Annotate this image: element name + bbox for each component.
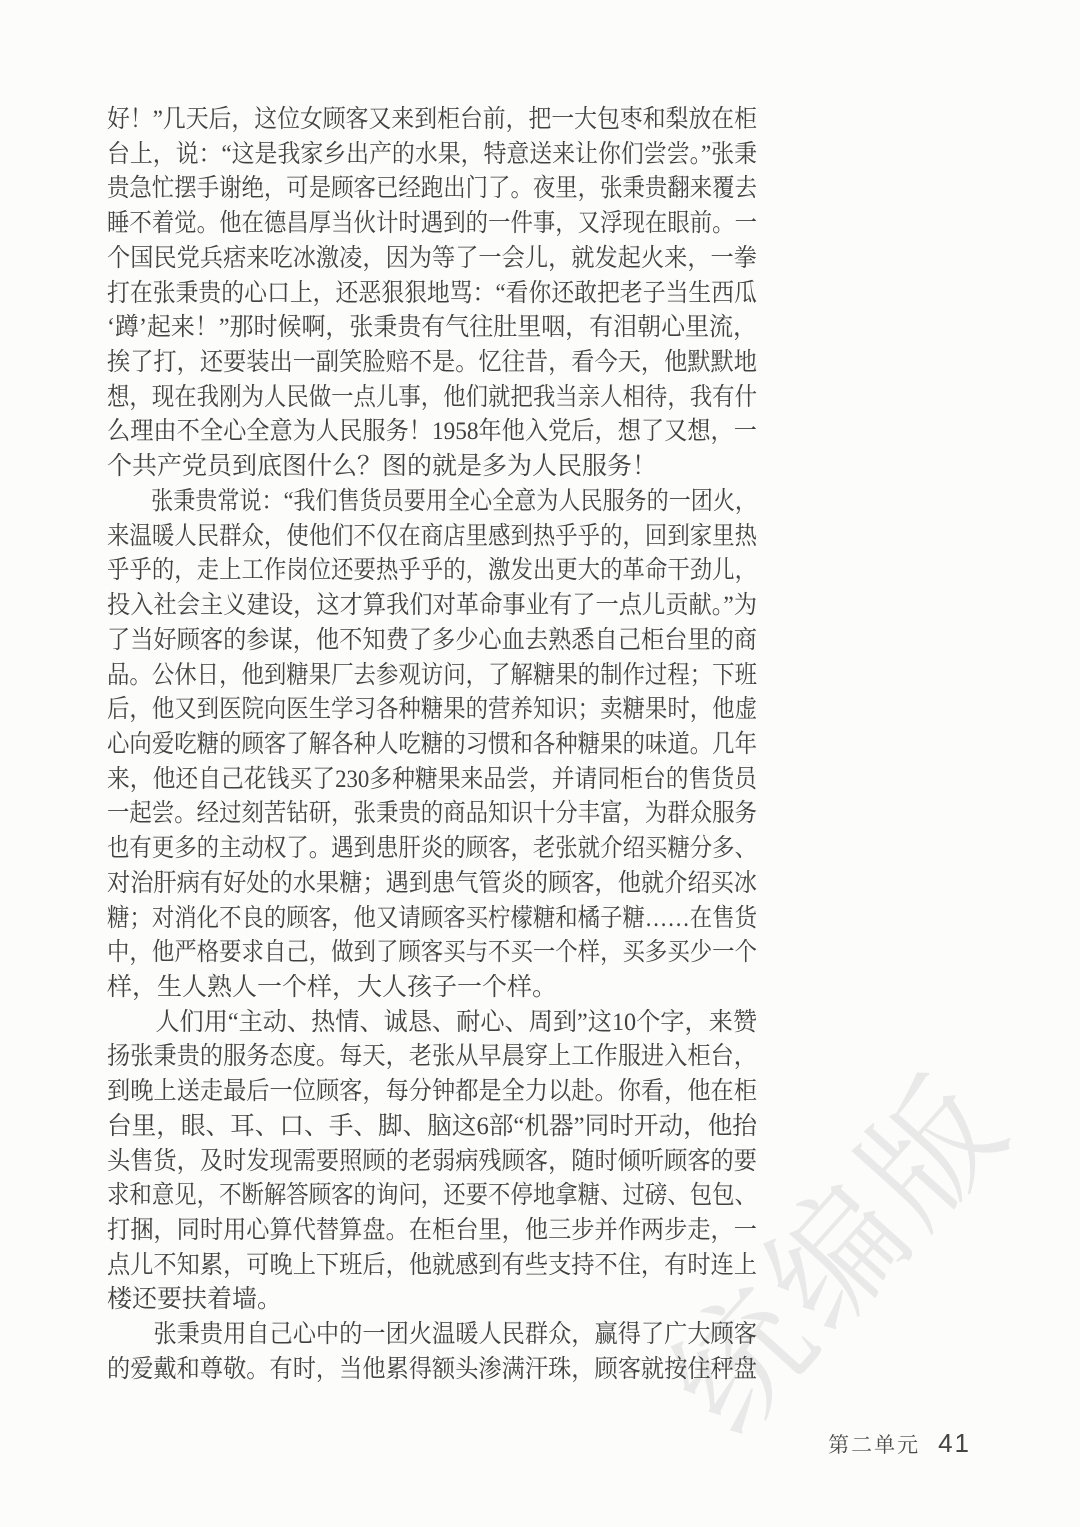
text-line: 样，生人熟人一个样，大人孩子一个样。 — [107, 971, 757, 1006]
text-line-content: 中，他严格要求自己，做到了顾客买与不买一个样，买多买少一个 — [107, 936, 757, 971]
text-line-content: 么理由不全心全意为人民服务！1958年他入党后，想了又想，一 — [107, 415, 757, 450]
text-line: 么理由不全心全意为人民服务！1958年他入党后，想了又想，一 — [107, 415, 757, 450]
text-line: 了当好顾客的参谋，他不知费了多少心血去熟悉自己柜台里的商 — [107, 624, 757, 659]
text-line: 想，现在我刚为人民做一点儿事，他们就把我当亲人相待，我有什 — [107, 381, 757, 416]
text-line: 点儿不知累，可晚上下班后，他就感到有些支持不住，有时连上 — [107, 1249, 757, 1284]
text-line-content: 台里，眼、耳、口、手、脚、脑这6部“机器”同时开动，他抬 — [107, 1110, 757, 1145]
text-line: 品。公休日，他到糖果厂去参观访问，了解糖果的制作过程；下班 — [107, 659, 757, 694]
text-line-content: 投入社会主义建设，这才算我们对革命事业有了一点儿贡献。”为 — [107, 589, 757, 624]
text-line-content: 扬张秉贵的服务态度。每天，老张从早晨穿上工作服进入柜台， — [107, 1040, 757, 1075]
text-line-content: 个国民党兵痞来吃冰激凌，因为等了一会儿，就发起火来，一拳 — [107, 242, 757, 277]
text-line-content: 好！”几天后，这位女顾客又来到柜台前，把一大包枣和梨放在柜 — [107, 103, 757, 138]
text-line-content: 贵急忙摆手谢绝，可是顾客已经跑出门了。夜里，张秉贵翻来覆去 — [107, 172, 757, 207]
body-text-column: 好！”几天后，这位女顾客又来到柜台前，把一大包枣和梨放在柜台上，说：“这是我家乡… — [107, 103, 757, 1388]
text-line-content: 乎乎的，走上工作岗位还要热乎乎的，激发出更大的革命干劲儿， — [107, 554, 757, 589]
text-line: 求和意见，不断解答顾客的询问，还要不停地拿糖、过磅、包包、 — [107, 1179, 757, 1214]
text-line: 来，他还自己花钱买了230多种糖果来品尝，并请同柜台的售货员 — [107, 763, 757, 798]
text-line: 对治肝病有好处的水果糖；遇到患气管炎的顾客，他就介绍买冰 — [107, 867, 757, 902]
text-line: 好！”几天后，这位女顾客又来到柜台前，把一大包枣和梨放在柜 — [107, 103, 757, 138]
text-line-content: 楼还要扶着墙。 — [107, 1283, 282, 1318]
text-line-content: 打捆，同时用心算代替算盘。在柜台里，他三步并作两步走，一 — [107, 1214, 757, 1249]
text-line: 心向爱吃糖的顾客了解各种人吃糖的习惯和各种糖果的味道。几年 — [107, 728, 757, 763]
text-line: 台上，说：“这是我家乡出产的水果，特意送来让你们尝尝。”张秉 — [107, 138, 757, 173]
text-line: 挨了打，还要装出一副笑脸赔不是。忆往昔，看今天，他默默地 — [107, 346, 757, 381]
text-line: 贵急忙摆手谢绝，可是顾客已经跑出门了。夜里，张秉贵翻来覆去 — [107, 172, 757, 207]
text-line: 楼还要扶着墙。 — [107, 1283, 757, 1318]
text-line-content: 点儿不知累，可晚上下班后，他就感到有些支持不住，有时连上 — [107, 1249, 757, 1284]
text-line: 台里，眼、耳、口、手、脚、脑这6部“机器”同时开动，他抬 — [107, 1110, 757, 1145]
text-line-content: 品。公休日，他到糖果厂去参观访问，了解糖果的制作过程；下班 — [107, 659, 757, 694]
text-line: 的爱戴和尊敬。有时，当他累得额头渗满汗珠，顾客就按住秤盘 — [107, 1353, 757, 1388]
text-line: 到晚上送走最后一位顾客，每分钟都是全力以赴。你看，他在柜 — [107, 1075, 757, 1110]
text-line-content: 挨了打，还要装出一副笑脸赔不是。忆往昔，看今天，他默默地 — [107, 346, 757, 381]
textbook-page: 统编版 好！”几天后，这位女顾客又来到柜台前，把一大包枣和梨放在柜台上，说：“这… — [0, 0, 1080, 1527]
text-line: 张秉贵用自己心中的一团火温暖人民群众，赢得了广大顾客 — [107, 1318, 757, 1353]
text-line-content: 对治肝病有好处的水果糖；遇到患气管炎的顾客，他就介绍买冰 — [107, 867, 757, 902]
text-line-content: 糖；对消化不良的顾客，他又请顾客买柠檬糖和橘子糖……在售货 — [107, 902, 757, 937]
text-line: 来温暖人民群众，使他们不仅在商店里感到热乎乎的，回到家里热 — [107, 520, 757, 555]
text-line-content: 台上，说：“这是我家乡出产的水果，特意送来让你们尝尝。”张秉 — [107, 138, 757, 173]
page-footer: 第二单元 41 — [828, 1428, 971, 1459]
page-number: 41 — [938, 1428, 971, 1459]
text-line-content: 张秉贵用自己心中的一团火温暖人民群众，赢得了广大顾客 — [107, 1318, 757, 1353]
text-line-content: 睡不着觉。他在德昌厚当伙计时遇到的一件事，又浮现在眼前。一 — [107, 207, 757, 242]
text-line: 糖；对消化不良的顾客，他又请顾客买柠檬糖和橘子糖……在售货 — [107, 902, 757, 937]
text-line: ‘蹲’起来！”那时候啊，张秉贵有气往肚里咽，有泪朝心里流， — [107, 311, 757, 346]
text-line-content: 头售货，及时发现需要照顾的老弱病残顾客，随时倾听顾客的要 — [107, 1145, 757, 1180]
text-line: 乎乎的，走上工作岗位还要热乎乎的，激发出更大的革命干劲儿， — [107, 554, 757, 589]
text-line: 后，他又到医院向医生学习各种糖果的营养知识；卖糖果时，他虚 — [107, 693, 757, 728]
text-line-content: 张秉贵常说：“我们售货员要用全心全意为人民服务的一团火， — [107, 485, 757, 520]
text-line: 投入社会主义建设，这才算我们对革命事业有了一点儿贡献。”为 — [107, 589, 757, 624]
text-line: 人们用“主动、热情、诚恳、耐心、周到”这10个字，来赞 — [107, 1006, 757, 1041]
text-line-content: 想，现在我刚为人民做一点儿事，他们就把我当亲人相待，我有什 — [107, 381, 757, 416]
text-line: 个国民党兵痞来吃冰激凌，因为等了一会儿，就发起火来，一拳 — [107, 242, 757, 277]
text-line-content: 的爱戴和尊敬。有时，当他累得额头渗满汗珠，顾客就按住秤盘 — [107, 1353, 757, 1388]
text-line-content: 也有更多的主动权了。遇到患肝炎的顾客，老张就介绍买糖分多、 — [107, 832, 757, 867]
text-line-content: 了当好顾客的参谋，他不知费了多少心血去熟悉自己柜台里的商 — [107, 624, 757, 659]
text-line-content: 来，他还自己花钱买了230多种糖果来品尝，并请同柜台的售货员 — [107, 763, 757, 798]
text-line-content: ‘蹲’起来！”那时候啊，张秉贵有气往肚里咽，有泪朝心里流， — [107, 311, 757, 346]
text-line: 也有更多的主动权了。遇到患肝炎的顾客，老张就介绍买糖分多、 — [107, 832, 757, 867]
text-line-content: 心向爱吃糖的顾客了解各种人吃糖的习惯和各种糖果的味道。几年 — [107, 728, 757, 763]
text-line-content: 一起尝。经过刻苦钻研，张秉贵的商品知识十分丰富，为群众服务 — [107, 797, 757, 832]
text-line-content: 求和意见，不断解答顾客的询问，还要不停地拿糖、过磅、包包、 — [107, 1179, 757, 1214]
text-line: 张秉贵常说：“我们售货员要用全心全意为人民服务的一团火， — [107, 485, 757, 520]
text-line-content: 打在张秉贵的心口上，还恶狠狠地骂：“看你还敢把老子当生西瓜 — [107, 277, 757, 312]
text-line-content: 样，生人熟人一个样，大人孩子一个样。 — [107, 971, 557, 1006]
text-line: 扬张秉贵的服务态度。每天，老张从早晨穿上工作服进入柜台， — [107, 1040, 757, 1075]
text-line-content: 后，他又到医院向医生学习各种糖果的营养知识；卖糖果时，他虚 — [107, 693, 757, 728]
text-line-content: 人们用“主动、热情、诚恳、耐心、周到”这10个字，来赞 — [107, 1006, 757, 1041]
text-line: 一起尝。经过刻苦钻研，张秉贵的商品知识十分丰富，为群众服务 — [107, 797, 757, 832]
text-line: 打在张秉贵的心口上，还恶狠狠地骂：“看你还敢把老子当生西瓜 — [107, 277, 757, 312]
text-line: 个共产党员到底图什么？图的就是多为人民服务！ — [107, 450, 757, 485]
text-line: 睡不着觉。他在德昌厚当伙计时遇到的一件事，又浮现在眼前。一 — [107, 207, 757, 242]
text-line: 中，他严格要求自己，做到了顾客买与不买一个样，买多买少一个 — [107, 936, 757, 971]
unit-label: 第二单元 — [828, 1429, 920, 1459]
text-line: 头售货，及时发现需要照顾的老弱病残顾客，随时倾听顾客的要 — [107, 1145, 757, 1180]
text-line-content: 到晚上送走最后一位顾客，每分钟都是全力以赴。你看，他在柜 — [107, 1075, 757, 1110]
text-line-content: 来温暖人民群众，使他们不仅在商店里感到热乎乎的，回到家里热 — [107, 520, 757, 555]
text-line-content: 个共产党员到底图什么？图的就是多为人民服务！ — [107, 450, 657, 485]
text-line: 打捆，同时用心算代替算盘。在柜台里，他三步并作两步走，一 — [107, 1214, 757, 1249]
